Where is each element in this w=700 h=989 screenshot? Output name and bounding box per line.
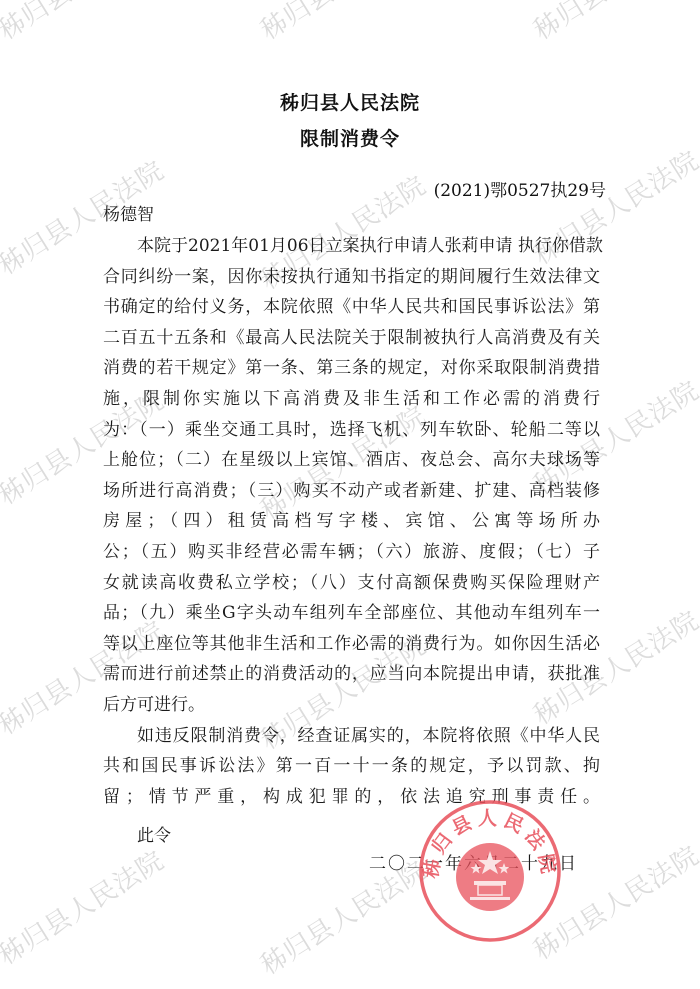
body-line: 如违反限制消费令，经查证属实的，本院将依照《中华人民: [103, 721, 600, 752]
body-line: 消费的若干规定》第一条、第三条的规定，对你采取限制消费措: [103, 353, 600, 384]
body-line: 二百五十五条和《最高人民法院关于限制被执行人高消费及有关: [103, 323, 600, 354]
watermark-text: 秭归县人民法院: [252, 0, 432, 47]
issue-date: 二〇二一年六月二十九日: [369, 849, 578, 874]
document-page: 秭归县人民法院秭归县人民法院秭归县人民法院秭归县人民法院秭归县人民法院秭归县人民…: [0, 0, 700, 989]
body-line: 公；（五）购买非经营必需车辆；（六）旅游、度假；（七）子: [103, 537, 600, 568]
body-line: 留；情节严重，构成犯罪的，依法追究刑事责任。: [103, 782, 600, 813]
body-line: 本院于2021年01月06日立案执行申请人张莉申请 执行你借款: [103, 231, 600, 262]
body-line: 场所进行高消费；（三）购买不动产或者新建、扩建、高档装修: [103, 476, 600, 507]
watermark-text: 秭归县人民法院: [0, 0, 170, 47]
body-line: 合同纠纷一案，因你未按执行通知书指定的期间履行生效法律文: [103, 262, 600, 293]
body-line: 房屋；（四）租赁高档写字楼、宾馆、公寓等场所办: [103, 506, 600, 537]
case-number: (2021)鄂0527执29号: [434, 176, 606, 201]
body-line: 女就读高收费私立学校；（八）支付高额保费购买保险理财产: [103, 568, 600, 599]
body-line: 书确定的给付义务，本院依照《中华人民共和国民事诉讼法》第: [103, 292, 600, 323]
body-line: 施，限制你实施以下高消费及非生活和工作必需的消费行: [103, 384, 600, 415]
watermark-text: 秭归县人民法院: [525, 0, 700, 47]
watermark-text: 秭归县人民法院: [0, 840, 170, 972]
closing-text: 此令: [137, 821, 171, 846]
order-body: 本院于2021年01月06日立案执行申请人张莉申请 执行你借款 合同纠纷一案，因…: [103, 231, 600, 812]
addressee-name: 杨德智: [103, 200, 154, 225]
body-line: 后方可进行。: [103, 690, 600, 721]
body-line: 等以上座位等其他非生活和工作必需的消费行为。如你因生活必: [103, 629, 600, 660]
document-title: 限制消费令: [0, 124, 700, 151]
body-line: 为：（一）乘坐交通工具时，选择飞机、列车软卧、轮船二等以: [103, 415, 600, 446]
body-line: 品；（九）乘坐G字头动车组列车全部座位、其他动车组列车一: [103, 598, 600, 629]
body-line: 上舱位；（二）在星级以上宾馆、酒店、夜总会、高尔夫球场等: [103, 445, 600, 476]
body-line: 需而进行前述禁止的消费活动的，应当向本院提出申请，获批准: [103, 659, 600, 690]
court-name-heading: 秭归县人民法院: [0, 88, 700, 115]
body-line: 共和国民事诉讼法》第一百一十一条的规定，予以罚款、拘: [103, 751, 600, 782]
